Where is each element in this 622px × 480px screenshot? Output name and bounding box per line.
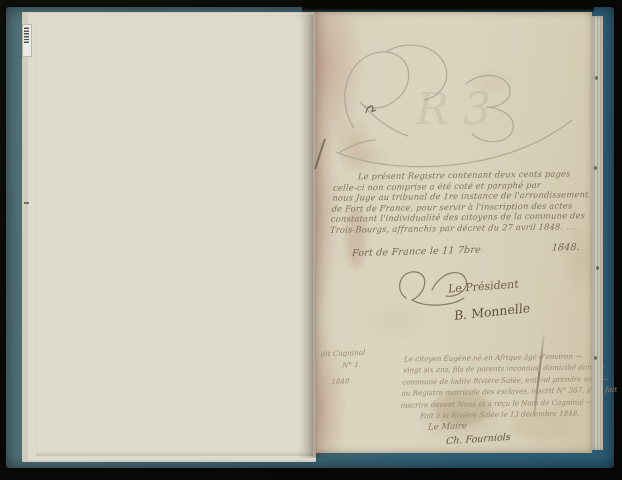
top-shadow [302, 0, 594, 12]
maire-label: Le Maire [428, 421, 468, 432]
page-stack-right-edge [592, 16, 603, 450]
dateline: Fort de France le 11 7bre 1848. [352, 242, 581, 259]
margin-citizen-name: dit Cagninal [319, 346, 403, 358]
citizen-entry-text: Le citoyen Eugène né en Afrique âgé d'en… [400, 350, 593, 422]
dateline-year: 1848. [551, 242, 580, 254]
maire-signature: Ch. Fourniols [446, 432, 511, 448]
scanned-register-photo: R 3 Le présent Registre contenant deux c… [0, 0, 622, 480]
page-edge-speck [594, 166, 597, 170]
right-manuscript-page: R 3 Le présent Registre contenant deux c… [316, 12, 592, 453]
cover-scratch-mark [24, 202, 29, 204]
page-edge-speck [595, 76, 598, 80]
inscription-line: Trois-Bourgs, affranchis par décret du 2… [330, 221, 581, 235]
register-certification-text: Le présent Registre contenant deux cents… [330, 168, 585, 235]
left-blank-page [36, 15, 313, 456]
margin-entry-number: N° 1. [318, 359, 402, 371]
entry-margin-annotations: dit Cagninal N° 1. 1848 [317, 346, 403, 386]
monogram-text: R 3 [415, 84, 491, 135]
pencil-monogram-flourish: R 3 [324, 32, 582, 174]
ink-squiggle-mark [364, 102, 378, 116]
dateline-place: Fort de France le 11 7bre [352, 245, 482, 260]
spine-label-sticker [22, 24, 32, 57]
inscription-line-text: Trois-Bourgs, affranchis par décret du 2… [330, 221, 564, 235]
page-edge-speck [596, 266, 599, 270]
margin-entry-year: 1848 [317, 375, 401, 387]
dotted-rule [567, 228, 578, 229]
page-edge-speck [594, 356, 597, 360]
spine-label-barcode-marks [24, 27, 29, 43]
